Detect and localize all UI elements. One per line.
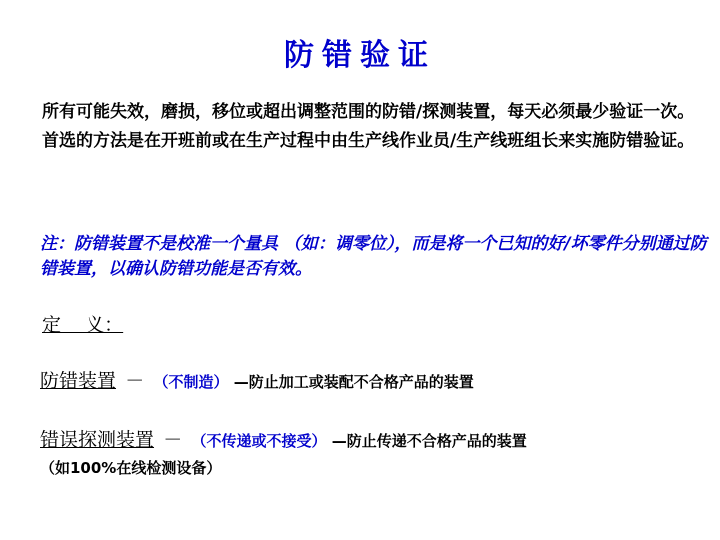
definition-dash: － — [125, 370, 144, 392]
definition-paren: （不传递或不接受） — [192, 432, 327, 450]
definition-term: 错误探测装置 — [40, 429, 154, 451]
slide-title: 防错验证 — [0, 30, 720, 74]
note-paragraph: 注：防错装置不是校准一个量具 （如：调零位），而是将一个已知的好/坏零件分别通过… — [40, 232, 710, 282]
definition-heading: 定 义： — [42, 310, 123, 337]
definition-description: —防止传递不合格产品的装置 — [332, 432, 527, 450]
definition-row-error-detection-device: 错误探测装置 － （不传递或不接受） —防止传递不合格产品的装置 — [40, 425, 527, 452]
definition-term: 防错装置 — [40, 370, 116, 392]
definition-description: —防止加工或装配不合格产品的装置 — [234, 373, 474, 391]
definition-dash: － — [163, 429, 182, 451]
definition-example: （如100%在线检测设备） — [40, 457, 221, 478]
definition-row-error-proofing-device: 防错装置 － （不制造） —防止加工或装配不合格产品的装置 — [40, 366, 474, 393]
definition-paren: （不制造） — [154, 373, 229, 391]
intro-paragraph: 所有可能失效，磨损，移位或超出调整范围的防错/探测装置，每天必须最少验证一次。 … — [42, 98, 702, 156]
